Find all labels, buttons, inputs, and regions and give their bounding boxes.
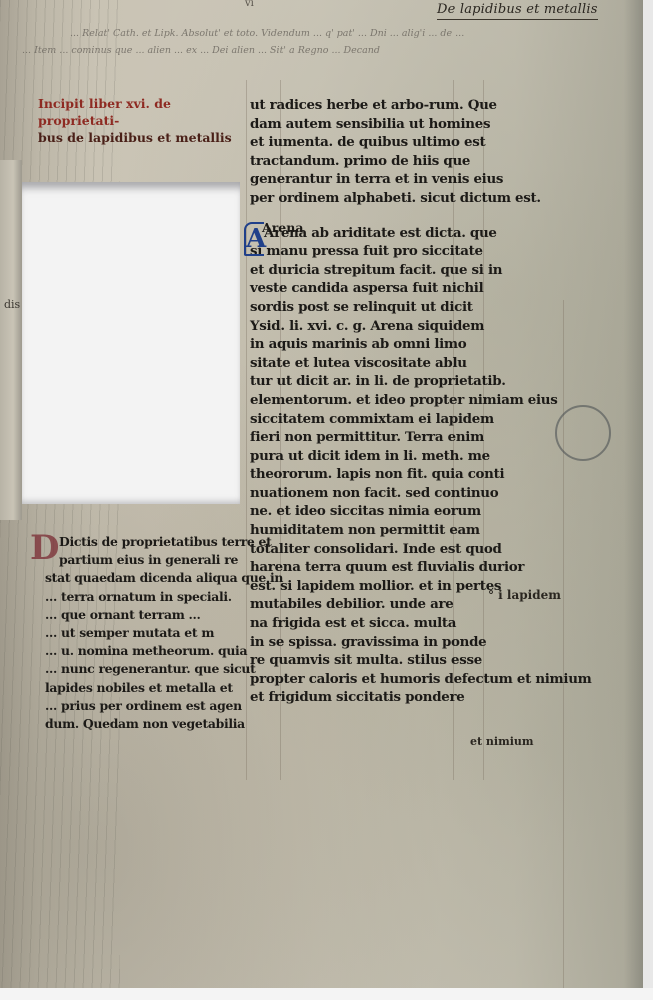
text-line: elementorum. et ideo propter nimiam eius [250, 391, 490, 410]
text-line: re quamvis sit multa. stilus esse [250, 651, 490, 670]
margin-note-nimium: et nimium [470, 735, 534, 748]
folio-mark: vi [245, 0, 254, 9]
rubric-heading: Incipit liber xvi. de proprietati- bus d… [38, 95, 234, 146]
text-line: et iumenta. de quibus ultimo est [250, 133, 490, 152]
text-line: ... ut semper mutata et m [45, 624, 225, 642]
text-line: Ysid. li. xvi. c. g. Arena siquidem [250, 317, 490, 336]
text-line: ... nunc regenerantur. que sicut [45, 660, 225, 678]
text-line: harena terra quum est fluvialis durior [250, 558, 490, 577]
rubric-line: bus de lapidibus et metallis [38, 129, 234, 146]
background-edge-bottom [0, 988, 653, 1000]
text-line: in se spissa. gravissima in ponde [250, 633, 490, 652]
text-line: pura ut dicit idem in li. meth. me [250, 447, 490, 466]
text-line: ... prius per ordinem est agen [45, 697, 225, 715]
top-gloss-line: ... Item ... cominus que ... alien ... e… [22, 45, 380, 56]
text-line: humiditatem non permittit eam [250, 521, 490, 540]
text-line: est. si lapidem mollior. et in pertes [250, 577, 490, 596]
text-line: ... terra ornatum in speciali. [45, 588, 225, 606]
left-text-fragment: Dictis de proprietatibus terre et partiu… [45, 533, 225, 733]
text-line: totaliter consolidari. Inde est quod [250, 540, 490, 559]
text-line: Dictis de proprietatibus terre et [45, 533, 225, 551]
text-line: fieri non permittitur. Terra enim [250, 428, 490, 447]
text-line: dam autem sensibilia ut homines [250, 115, 490, 134]
text-line: ... que ornant terram ... [45, 606, 225, 624]
cut-out-hole [22, 182, 240, 504]
library-stamp-circle [555, 405, 611, 461]
background-edge-right [643, 0, 653, 1000]
text-line: si manu pressa fuit pro siccitate [250, 242, 490, 261]
text-line: veste candida aspersa fuit nichil [250, 279, 490, 298]
margin-note-lapidem: ° i lapidem [488, 588, 561, 602]
ruling-line [563, 300, 564, 990]
running-head: De lapidibus et metallis [437, 2, 598, 20]
text-line: partium eius in generali re [45, 551, 225, 569]
text-line: na frigida est et sicca. multa [250, 614, 490, 633]
text-line: in aquis marinis ab omni limo [250, 335, 490, 354]
text-line: dum. Quedam non vegetabilia [45, 715, 225, 733]
text-line: tractandum. primo de hiis que [250, 152, 490, 171]
text-line: et duricia strepitum facit. que si in [250, 261, 490, 280]
text-line: ne. et ideo siccitas nimia eorum [250, 502, 490, 521]
text-line: et frigidum siccitatis pondere [250, 688, 490, 707]
section-heading-arena: Arena [262, 220, 303, 235]
left-parchment-strip [0, 160, 22, 520]
text-line: ... u. nomina metheorum. quia [45, 642, 225, 660]
text-line: propter caloris et humoris defectum et n… [250, 670, 490, 689]
text-line: sordis post se relinquit ut dicit [250, 298, 490, 317]
top-gloss-line: ... Relat' Cath. et Lipk. Absolut' et to… [70, 28, 464, 39]
left-edge-note: dis [4, 298, 18, 311]
text-line: stat quaedam dicenda aliqua que in [45, 569, 225, 587]
right-text-column: ut radices herbe et arbo-rum. Que dam au… [250, 96, 490, 707]
decorated-initial-a: A [244, 222, 264, 256]
text-line: nuationem non facit. sed continuo [250, 484, 490, 503]
text-line: tur ut dicit ar. in li. de proprietatib. [250, 372, 490, 391]
text-line: mutabiles debilior. unde are [250, 595, 490, 614]
text-line: sitate et lutea viscositate ablu [250, 354, 490, 373]
text-line: generantur in terra et in venis eius [250, 170, 490, 189]
text-line: theororum. lapis non fit. quia conti [250, 465, 490, 484]
text-line: per ordinem alphabeti. sicut dictum est. [250, 189, 490, 208]
text-line: ut radices herbe et arbo-rum. Que [250, 96, 490, 115]
text-line: siccitatem commixtam ei lapidem [250, 410, 490, 429]
text-line: lapides nobiles et metalla et [45, 679, 225, 697]
rubric-line: Incipit liber xvi. de proprietati- [38, 95, 234, 129]
